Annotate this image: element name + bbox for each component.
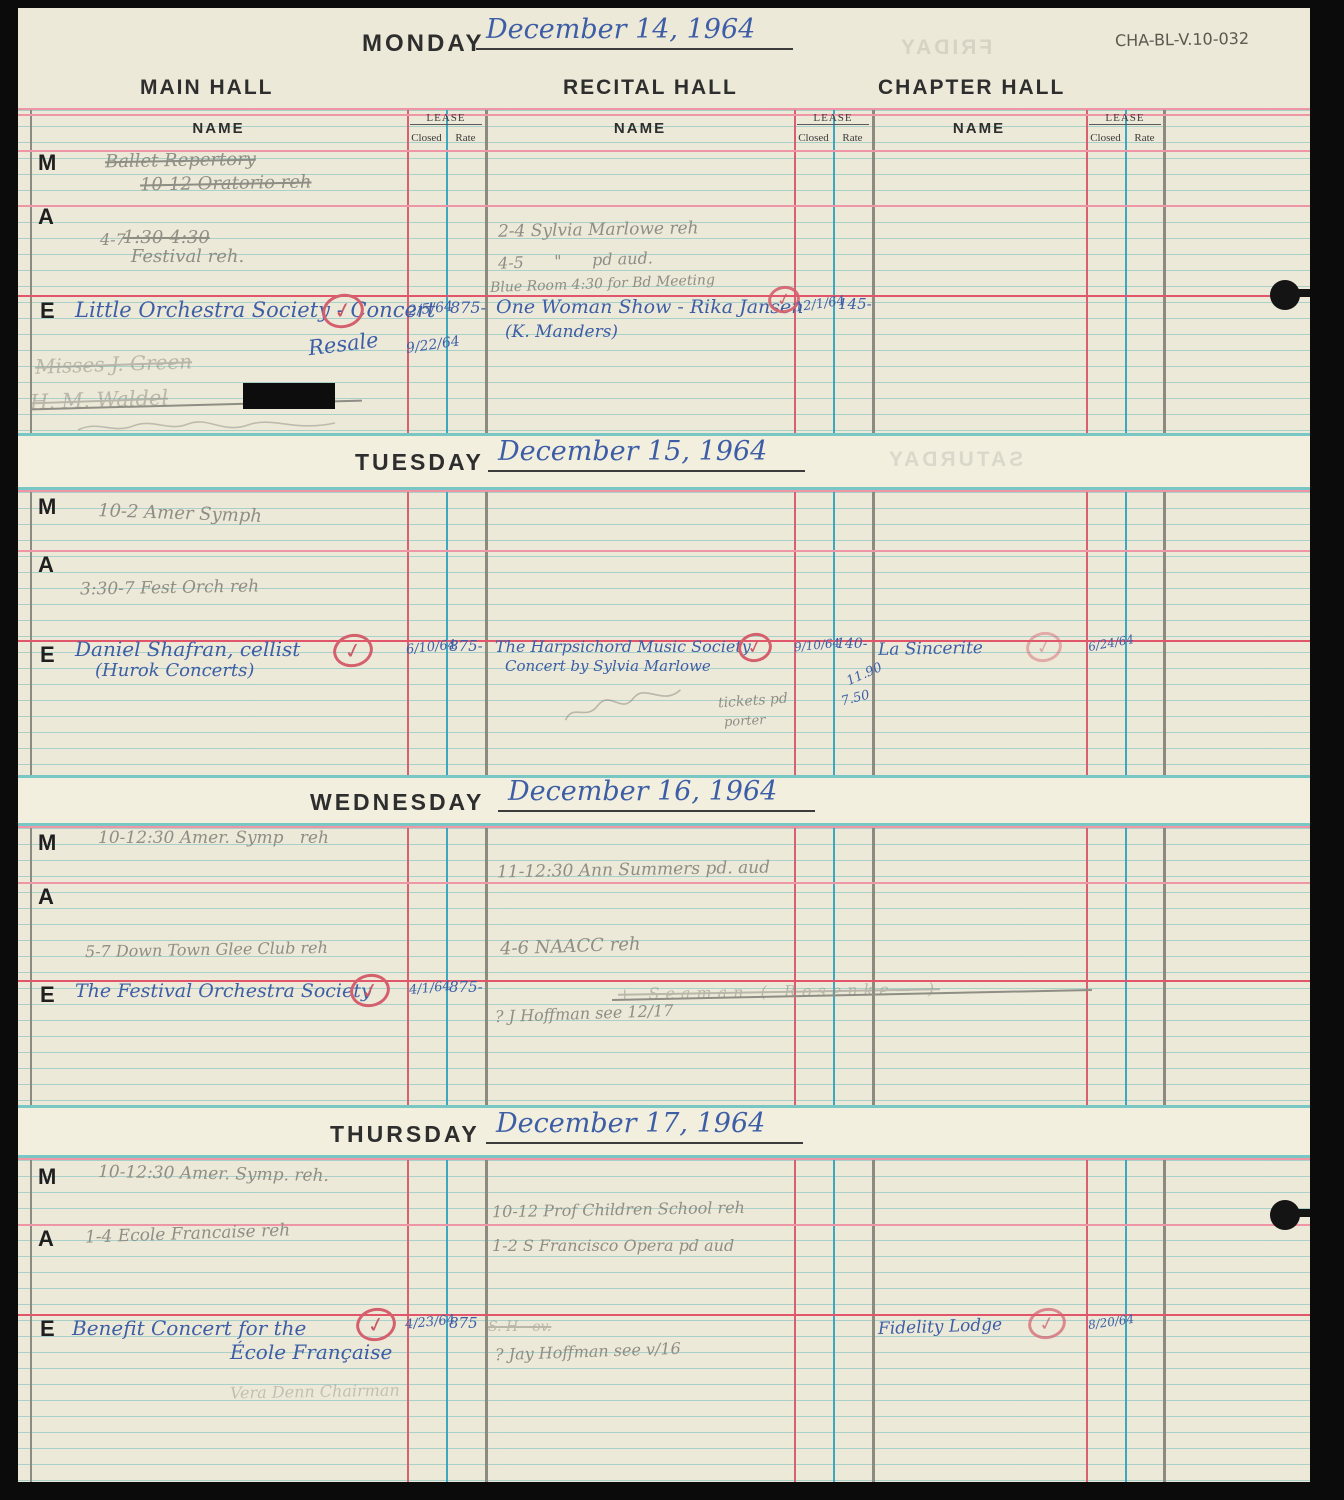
bleedthrough-saturday: SATURDAY (886, 448, 1023, 472)
monday-row-a: A (38, 204, 54, 230)
entry-tuesday-main-afternoon: 3:30-7 Fest Orch reh (80, 578, 259, 599)
monday-row-m: M (38, 150, 56, 176)
wednesday-row-a: A (38, 884, 54, 910)
header-name-chapter: NAME (872, 120, 1086, 137)
ledger-page: CHA-BL-V.10-032 FRIDAY MONDAY December 1… (18, 8, 1310, 1482)
header-name-recital: NAME (486, 120, 794, 137)
entry-monday-main-morning-1: Ballet Repertory (105, 151, 256, 173)
tuesday-header-band: TUESDAY December 15, 1964 (18, 433, 1310, 490)
entry-tuesday-chapter-evening-name: La Sincerite (878, 640, 983, 660)
entry-monday-main-morning-2: 10-12 Oratorio reh (140, 174, 312, 196)
header-closed-chapter: Closed (1086, 132, 1125, 144)
date-thursday: December 17, 1964 (486, 1110, 803, 1138)
header-rate-chapter: Rate (1125, 132, 1164, 144)
entry-thursday-recital-afternoon: 1-2 S Francisco Opera pd aud (492, 1238, 734, 1255)
day-label-wednesday: WEDNESDAY (310, 789, 484, 816)
entry-thursday-recital-evening-struck: S. H—ov. (488, 1320, 551, 1335)
entry-thursday-main-morning: 10-12:30 Amer. Symp. reh. (98, 1164, 329, 1186)
entry-tuesday-main-rate: 875- (449, 639, 483, 655)
tuesday-row-m: M (38, 494, 56, 520)
hall-title-chapter: CHAPTER HALL (878, 76, 1065, 100)
date-tuesday: December 15, 1964 (488, 438, 805, 466)
entry-tuesday-main-evening-name-2: (Hurok Concerts) (95, 662, 254, 681)
hole-punch-notch (1282, 289, 1310, 297)
date-wednesday: December 16, 1964 (498, 778, 815, 806)
day-label-tuesday: TUESDAY (355, 449, 484, 476)
tuesday-row-a: A (38, 552, 54, 578)
day-label-thursday: THURSDAY (330, 1121, 480, 1148)
wednesday-row-m: M (38, 830, 56, 856)
header-rate-recital: Rate (833, 132, 872, 144)
entry-monday-main-evening-name: Little Orchestra Society - Concert (75, 299, 435, 321)
entry-thursday-main-note: Vera Denn Chairman (230, 1383, 400, 1403)
entry-tuesday-recital-evening-name-2: Concert by Sylvia Marlowe (505, 659, 711, 675)
entry-monday-main-afternoon-revised: 4-7 (100, 232, 126, 249)
header-closed-main: Closed (407, 132, 446, 144)
tuesday-table (18, 490, 1310, 775)
day-label-monday: MONDAY (362, 30, 484, 58)
monday-row-e: E (40, 298, 55, 324)
entry-wednesday-main-rate: 875- (449, 980, 483, 996)
header-rate-main: Rate (446, 132, 485, 144)
header-lease-main: LEASE (410, 112, 482, 125)
scanned-ledger-screenshot: { "page": { "catalog_number": "CHA-BL-V.… (0, 0, 1344, 1500)
thursday-row-a: A (38, 1226, 54, 1252)
entry-thursday-main-evening-name-2: École Française (230, 1342, 392, 1363)
hole-punch-notch (1282, 1209, 1310, 1217)
date-monday: December 14, 1964 (476, 16, 793, 44)
thursday-row-m: M (38, 1164, 56, 1190)
header-name-main: NAME (30, 120, 407, 137)
header-closed-recital: Closed (794, 132, 833, 144)
thursday-header-band: THURSDAY December 17, 1964 (18, 1105, 1310, 1158)
entry-wednesday-main-evening-name: The Festival Orchestra Society (75, 982, 372, 1002)
entry-tuesday-recital-note-2: porter (724, 714, 766, 730)
wednesday-header-band: WEDNESDAY December 16, 1964 (18, 775, 1310, 826)
thursday-row-e: E (40, 1316, 55, 1342)
header-lease-recital: LEASE (797, 112, 869, 125)
tuesday-row-e: E (40, 642, 55, 668)
entry-tuesday-recital-rate: 140- (836, 637, 867, 652)
bleedthrough-friday: FRIDAY (898, 36, 992, 60)
entry-tuesday-recital-evening-name: The Harpsichord Music Society (495, 639, 751, 656)
entry-thursday-main-evening-name: Benefit Concert for the (72, 1318, 306, 1339)
wednesday-row-e: E (40, 982, 55, 1008)
hall-title-main: MAIN HALL (140, 76, 273, 100)
entry-monday-recital-evening-name-2: (K. Manders) (505, 324, 618, 342)
entry-thursday-main-rate: 875 (449, 1316, 478, 1332)
entry-monday-recital-afternoon-1: 2-4 Sylvia Marlowe reh (498, 220, 699, 241)
entry-monday-main-struck-name-1: Misses J. Green (35, 351, 193, 377)
entry-wednesday-main-morning: 10-12:30 Amer. Symp reh (98, 830, 329, 848)
redaction-box (243, 383, 335, 409)
header-lease-chapter: LEASE (1089, 112, 1161, 125)
entry-tuesday-main-evening-name: Daniel Shafran, cellist (75, 639, 300, 660)
entry-monday-recital-rate: 145- (838, 297, 872, 313)
entry-monday-main-rate: 875- (450, 300, 486, 317)
entry-monday-recital-evening-name: One Woman Show - Rika Jansen (496, 298, 804, 318)
hall-title-recital: RECITAL HALL (563, 76, 738, 100)
catalog-number: CHA-BL-V.10-032 (1115, 31, 1249, 50)
